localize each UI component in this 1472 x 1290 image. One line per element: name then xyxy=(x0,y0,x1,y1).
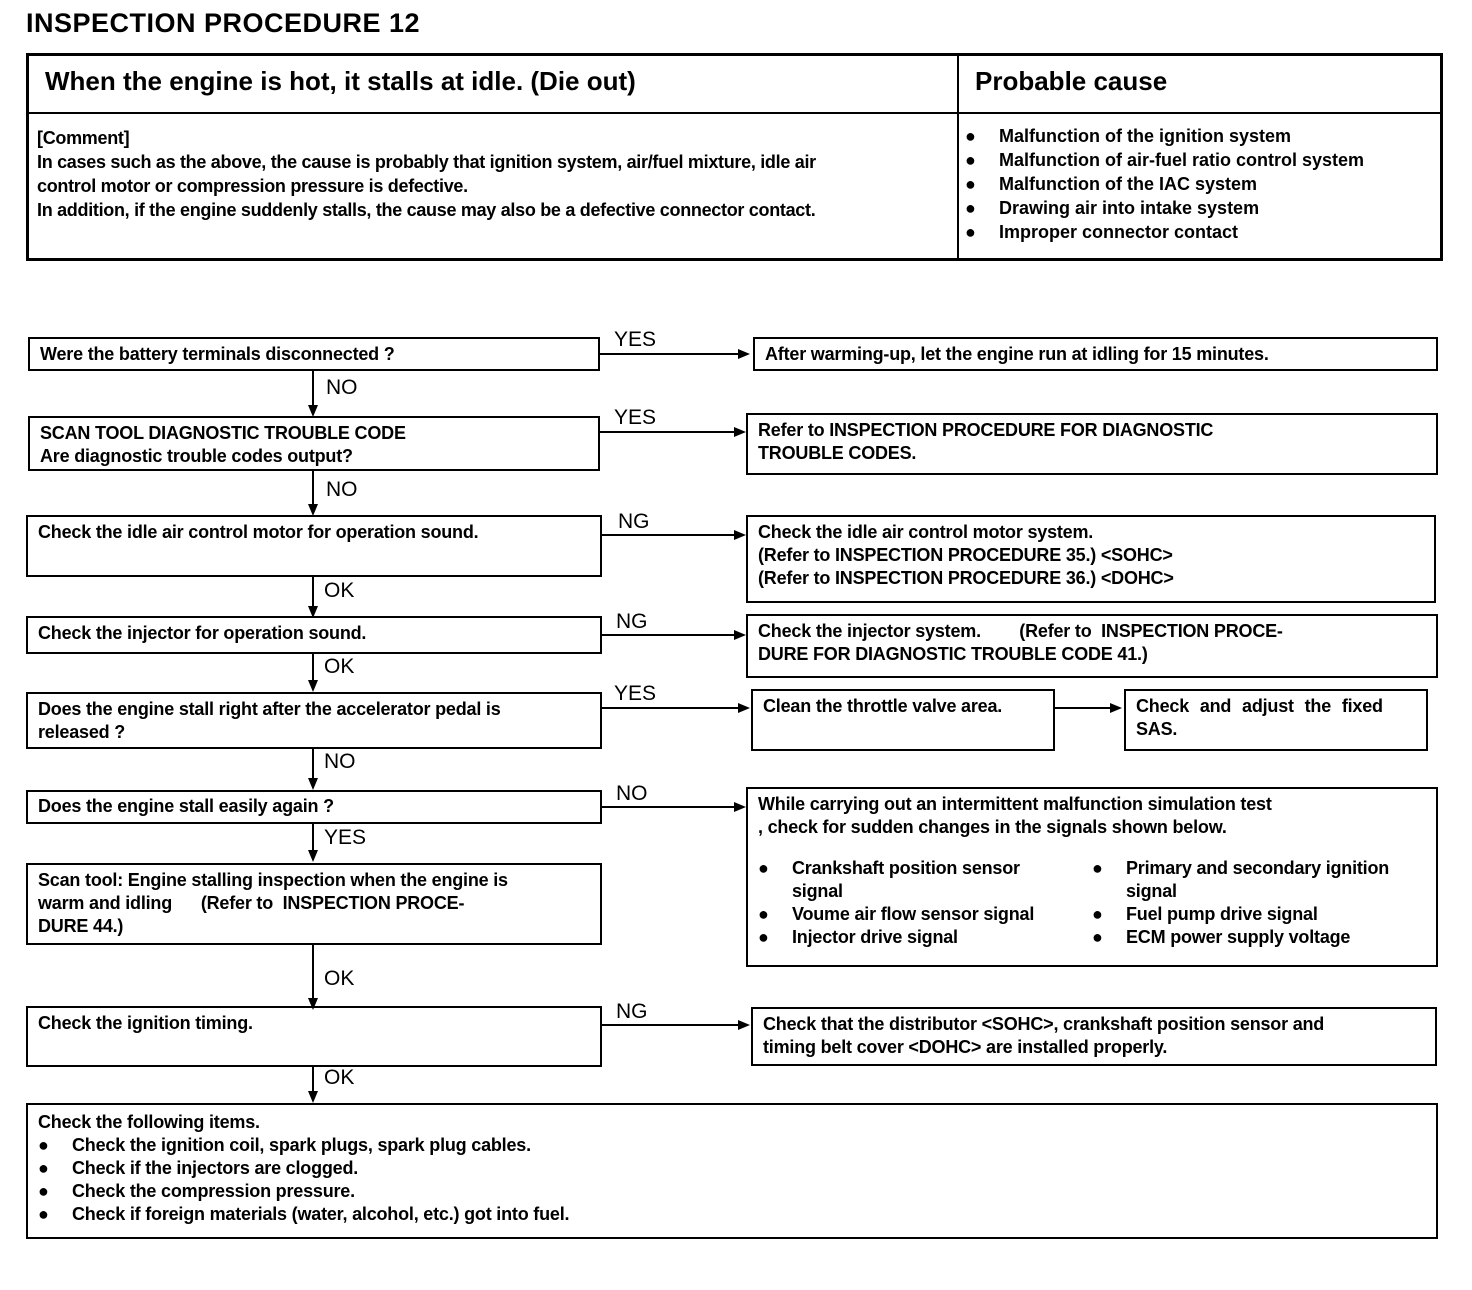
branch-label-yes: YES xyxy=(614,328,656,352)
signal-item: ●Voume air flow sensor signal xyxy=(758,903,1092,926)
step-stall-again: Does the engine stall easily again ? xyxy=(26,790,602,824)
result-iac-system: Check the idle air control motor system.… xyxy=(746,515,1436,603)
arrow-right-icon xyxy=(738,349,750,359)
arrow-right-icon xyxy=(734,530,746,540)
arrow-line xyxy=(600,353,740,355)
branch-label-ok: OK xyxy=(324,655,354,679)
cause-item: ●Drawing air into intake system xyxy=(965,196,1440,220)
signal-column-right: ●Primary and secondary ignition signal ●… xyxy=(1092,857,1426,949)
symptom-heading: When the engine is hot, it stalls at idl… xyxy=(29,56,959,114)
signal-item: ●Injector drive signal xyxy=(758,926,1092,949)
bullet-icon: ● xyxy=(965,220,999,244)
bullet-icon: ● xyxy=(38,1203,72,1226)
bullet-icon: ● xyxy=(1092,926,1126,949)
bullet-icon: ● xyxy=(758,857,792,903)
branch-label-ok: OK xyxy=(324,579,354,603)
arrow-right-icon xyxy=(734,802,746,812)
arrow-line xyxy=(600,431,735,433)
bullet-icon: ● xyxy=(965,148,999,172)
final-item: ●Check if the injectors are clogged. xyxy=(38,1157,1426,1180)
comment-section: [Comment] In cases such as the above, th… xyxy=(29,114,959,258)
branch-label-yes: YES xyxy=(614,682,656,706)
bullet-icon: ● xyxy=(758,903,792,926)
comment-label: [Comment] xyxy=(37,126,957,150)
arrow-line xyxy=(602,634,735,636)
signal-item: ●Crankshaft position sensor signal xyxy=(758,857,1092,903)
step-scan-tool-stalling: Scan tool: Engine stalling inspection wh… xyxy=(26,863,602,945)
signal-item: ●Primary and secondary ignition signal xyxy=(1092,857,1426,903)
step-injector-sound: Check the injector for operation sound. xyxy=(26,616,602,654)
arrow-right-icon xyxy=(738,703,750,713)
signal-column-left: ●Crankshaft position sensor signal ●Voum… xyxy=(758,857,1092,949)
bullet-icon: ● xyxy=(1092,903,1126,926)
branch-label-yes: YES xyxy=(614,406,656,430)
signal-item: ●ECM power supply voltage xyxy=(1092,926,1426,949)
arrow-line xyxy=(312,577,314,609)
result-refer-dtc: Refer to INSPECTION PROCEDURE FOR DIAGNO… xyxy=(746,413,1438,475)
arrow-line xyxy=(312,654,314,682)
branch-label-ng: NG xyxy=(616,1000,648,1024)
branch-label-ok: OK xyxy=(324,967,354,991)
branch-label-ok: OK xyxy=(324,1066,354,1090)
page-title: INSPECTION PROCEDURE 12 xyxy=(26,8,420,39)
arrow-line xyxy=(312,471,314,507)
comment-line: control motor or compression pressure is… xyxy=(37,174,957,198)
arrow-line xyxy=(312,945,314,1001)
arrow-line xyxy=(602,806,735,808)
bullet-icon: ● xyxy=(965,124,999,148)
branch-label-no: NO xyxy=(324,750,356,774)
step-iac-sound: Check the idle air control motor for ope… xyxy=(26,515,602,577)
result-adjust-sas: Check and adjust the fixed SAS. xyxy=(1124,689,1428,751)
step-scan-tool-dtc: SCAN TOOL DIAGNOSTIC TROUBLE CODE Are di… xyxy=(28,416,600,471)
arrow-line xyxy=(602,534,735,536)
bullet-icon: ● xyxy=(38,1134,72,1157)
arrow-line xyxy=(312,1067,314,1093)
arrow-down-icon xyxy=(308,1091,318,1103)
result-check-distributor: Check that the distributor <SOHC>, crank… xyxy=(751,1007,1437,1066)
step-ignition-timing: Check the ignition timing. xyxy=(26,1006,602,1067)
arrow-down-icon xyxy=(308,778,318,790)
result-warmup: After warming-up, let the engine run at … xyxy=(753,337,1438,371)
arrow-right-icon xyxy=(738,1020,750,1030)
bullet-icon: ● xyxy=(758,926,792,949)
final-item: ●Check the ignition coil, spark plugs, s… xyxy=(38,1134,1426,1157)
bullet-icon: ● xyxy=(38,1180,72,1203)
branch-label-ng: NG xyxy=(616,610,648,634)
arrow-line xyxy=(312,371,314,407)
arrow-right-icon xyxy=(734,427,746,437)
result-simulation-test: While carrying out an intermittent malfu… xyxy=(746,787,1438,967)
arrow-right-icon xyxy=(1110,703,1122,713)
cause-item: ●Malfunction of air-fuel ratio control s… xyxy=(965,148,1440,172)
branch-label-no: NO xyxy=(326,478,358,502)
bullet-icon: ● xyxy=(1092,857,1126,903)
arrow-line xyxy=(602,707,739,709)
step-stall-after-pedal: Does the engine stall right after the ac… xyxy=(26,692,602,749)
final-item: ●Check if foreign materials (water, alco… xyxy=(38,1203,1426,1226)
branch-label-no: NO xyxy=(616,782,648,806)
result-clean-throttle: Clean the throttle valve area. xyxy=(751,689,1055,751)
final-heading: Check the following items. xyxy=(38,1111,1426,1134)
final-check-items: Check the following items. ●Check the ig… xyxy=(26,1103,1438,1239)
arrow-down-icon xyxy=(308,850,318,862)
cause-item: ●Improper connector contact xyxy=(965,220,1440,244)
arrow-line xyxy=(1055,707,1112,709)
comment-line: In cases such as the above, the cause is… xyxy=(37,150,957,174)
comment-line: In addition, if the engine suddenly stal… xyxy=(37,198,957,222)
branch-label-no: NO xyxy=(326,376,358,400)
bullet-icon: ● xyxy=(965,172,999,196)
arrow-line xyxy=(312,749,314,780)
arrow-down-icon xyxy=(308,680,318,692)
bullet-icon: ● xyxy=(965,196,999,220)
cause-list: ●Malfunction of the ignition system ●Mal… xyxy=(959,114,1440,258)
cause-item: ●Malfunction of the IAC system xyxy=(965,172,1440,196)
signal-item: ●Fuel pump drive signal xyxy=(1092,903,1426,926)
arrow-line xyxy=(602,1024,739,1026)
cause-item: ●Malfunction of the ignition system xyxy=(965,124,1440,148)
branch-label-ng: NG xyxy=(618,510,650,534)
symptom-table: When the engine is hot, it stalls at idl… xyxy=(26,53,1443,261)
arrow-right-icon xyxy=(734,630,746,640)
signal-list: ●Crankshaft position sensor signal ●Voum… xyxy=(758,857,1426,949)
final-item: ●Check the compression pressure. xyxy=(38,1180,1426,1203)
branch-label-yes: YES xyxy=(324,826,366,850)
probable-cause-heading: Probable cause xyxy=(959,56,1440,114)
arrow-line xyxy=(312,824,314,852)
step-battery-check: Were the battery terminals disconnected … xyxy=(28,337,600,371)
bullet-icon: ● xyxy=(38,1157,72,1180)
result-injector-system: Check the injector system. (Refer to INS… xyxy=(746,614,1438,678)
